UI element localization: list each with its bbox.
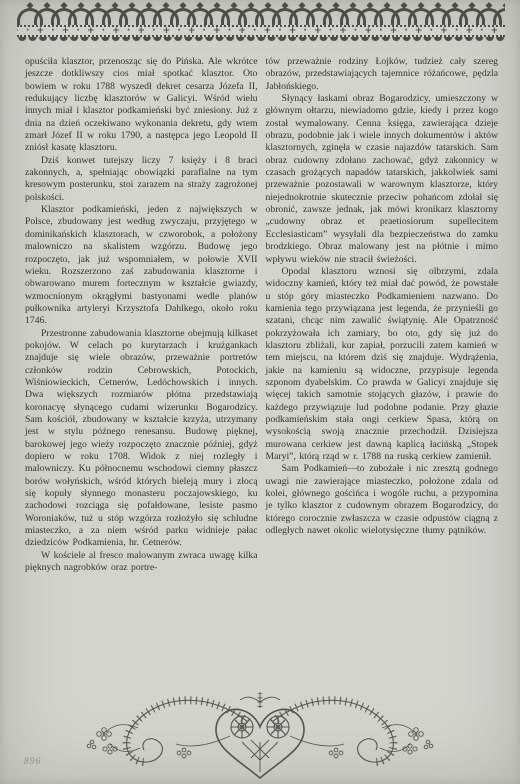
paragraph: Dziś konwet tutejszy liczy 7 księży i 8 …: [25, 155, 258, 204]
article-body: opuściła klasztor, przenosząc się do Piń…: [25, 56, 498, 574]
paragraph: Przestronne zabudowania klasztorne obejm…: [25, 328, 258, 550]
heart-ornament: [216, 692, 304, 778]
paragraph: Klasztor podkamieński, jeden z największ…: [25, 204, 258, 327]
paragraph: Opodal klasztoru wznosi się olbrzymi, zd…: [266, 266, 499, 464]
paragraph: tów przeważnie rodziny Łojków, tudzież c…: [266, 56, 499, 93]
paragraph: opuściła klasztor, przenosząc się do Piń…: [25, 56, 258, 155]
plus-dot-band-text: + · + · + · + · + · + · + · + · + · + · …: [17, 27, 505, 36]
scanned-page: + · + · + · + · + · + · + · + · + · + · …: [0, 0, 520, 784]
top-border-ornament: + · + · + · + · + · + · + · + · + · + · …: [17, 0, 505, 43]
column-right: tów przeważnie rodziny Łojków, tudzież c…: [266, 56, 499, 574]
flower-cluster-left: [87, 728, 191, 758]
plus-dot-band: + · + · + · + · + · + · + · + · + · + · …: [17, 25, 505, 37]
bottom-vignette: [80, 688, 440, 784]
arch-row: [17, 0, 505, 25]
paragraph: Sam Podkamień—to zubożałe i nic zresztą …: [266, 463, 499, 537]
paragraph: W kościele al fresco malowanym zwraca uw…: [25, 550, 258, 575]
paragraph: Słynący łaskami obraz Bogarodzicy, umies…: [266, 93, 499, 266]
branch-left: [87, 700, 248, 762]
page-number: 896: [24, 757, 41, 767]
column-left: opuściła klasztor, przenosząc się do Piń…: [25, 56, 258, 574]
scallop-edge: [17, 37, 505, 43]
